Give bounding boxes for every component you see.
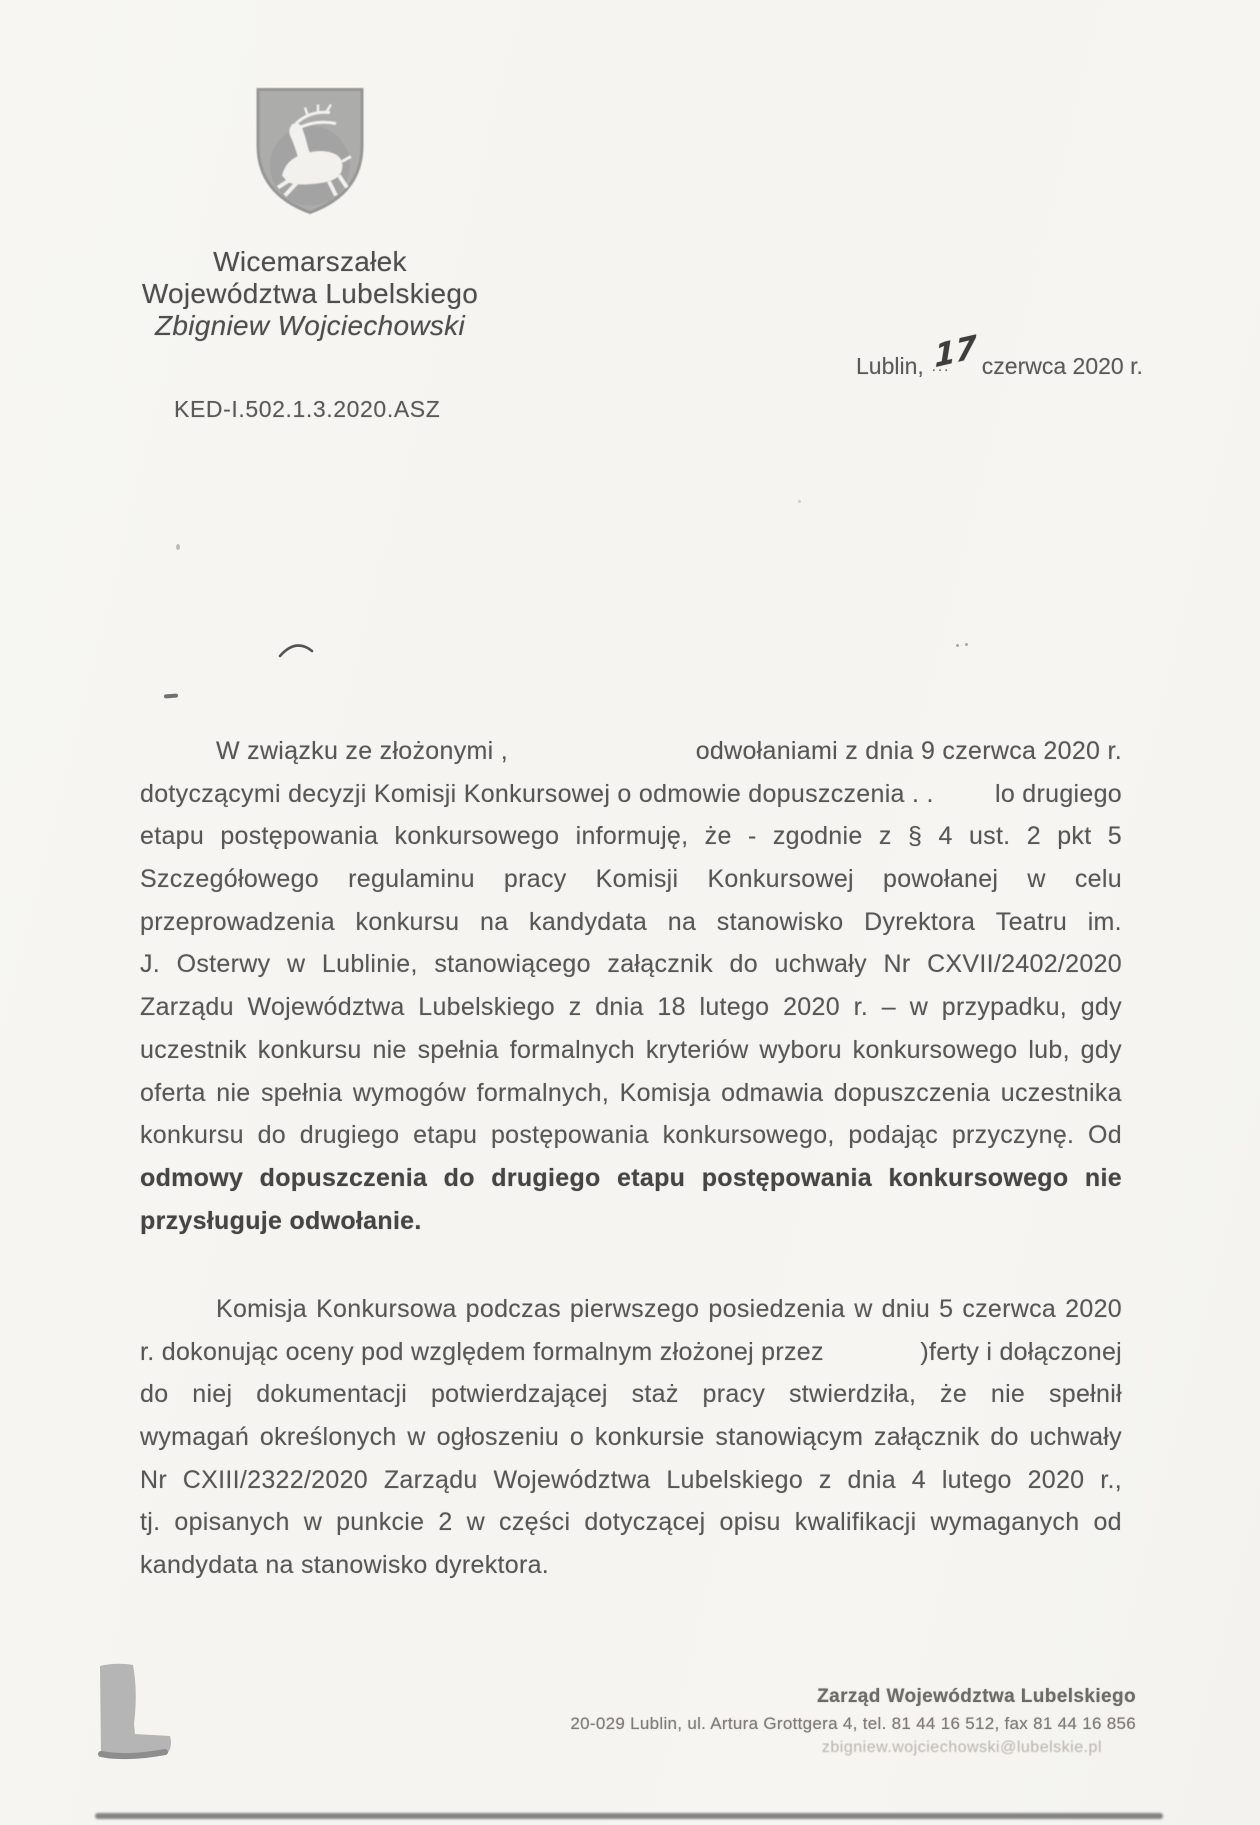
line-segment: )ferty i dołączonej [920,1338,1122,1381]
corner-scan-artifact [96,1662,178,1764]
line-segment: dotyczącymi decyzji Komisji Konkursowej … [140,780,934,823]
line-segment: r. dokonując oceny pod względem formalny… [140,1338,824,1381]
letter-text-line: KomisjaKonkursowapodczaspierwszegoposied… [140,1295,1122,1338]
letter-text-line: NrCXIII/2322/2020ZarząduWojewództwaLubel… [140,1466,1122,1509]
reference-number: KED-I.502.1.3.2020.ASZ [174,396,440,423]
date-place: Lublin, [856,353,924,379]
bottom-edge-scan-artifact [95,1813,1163,1819]
dash-scan-artifact [164,694,178,699]
letter-text-line: uczestnikkonkursuniespełniaformalnychkry… [140,1036,1122,1079]
office-title: Wicemarszałek [60,246,560,278]
letter-text-line: J.OsterwywLublinie,stanowiącegozałącznik… [140,950,1122,993]
letter-text-line: przeprowadzeniakonkursunakandydatanastan… [140,908,1122,951]
line-segment: W związku ze złożonymi , [216,737,508,780]
footer-block: Zarząd Województwa Lubelskiego 20-029 Lu… [570,1686,1136,1757]
stag-shield-coat-of-arms-icon [252,82,368,220]
double-dot-scan-artifact [956,644,959,647]
paragraph-1: W związku ze złożonymi , odwołaniami z d… [140,737,1122,1249]
footer-sender: Zarząd Województwa Lubelskiego [570,1686,1136,1708]
date-line: Lublin,17...czerwca 2020 r. [856,350,1143,380]
letter-text-line-bold: odmowydopuszczeniadodrugiegoetapupostępo… [140,1164,1122,1207]
pen-arc-scan-artifact [278,636,314,660]
letter-text-line: tj.opisanychwpunkcie2wczęścidotyczącejop… [140,1508,1122,1551]
office-region: Województwa Lubelskiego [60,278,560,310]
footer-address: 20-029 Lublin, ul. Artura Grottgera 4, t… [570,1714,1136,1734]
letter-text-line: kandydata na stanowisko dyrektora. [140,1551,1122,1594]
letter-text-line: dotyczącymi decyzji Komisji Konkursowej … [140,780,1122,823]
speck-scan-artifact [176,544,180,550]
date-rest: czerwca 2020 r. [982,353,1143,379]
letter-text-line: etapupostępowaniakonkursowegoinformuję,ż… [140,822,1122,865]
line-segment: lo drugiego [995,780,1122,823]
letter-text-line: ZarząduWojewództwaLubelskiegozdnia18lute… [140,993,1122,1036]
letter-text-line: ofertaniespełniawymogówformalnych,Komisj… [140,1079,1122,1122]
letter-text-line: r. dokonując oceny pod względem formalny… [140,1338,1122,1381]
letter-text-line: SzczegółowegoregulaminupracyKomisjiKonku… [140,865,1122,908]
footer-email: zbigniew.wojciechowski@lubelskie.pl [570,1739,1136,1757]
line-segment: odwołaniami z dnia 9 czerwca 2020 r. [696,737,1122,780]
paragraph-2: KomisjaKonkursowapodczaspierwszegoposied… [140,1295,1122,1594]
letter-text-line: konkursudodrugiegoetapupostępowaniakonku… [140,1121,1122,1164]
scanned-letter-page: Wicemarszałek Województwa Lubelskiego Zb… [0,0,1260,1825]
dotted-blank: ... [932,358,951,375]
letter-text-line-bold: przysługuje odwołanie. [140,1207,1122,1250]
letter-text-line: W związku ze złożonymi , odwołaniami z d… [140,737,1122,780]
letter-text-line: wymagańokreślonychwogłoszeniuokonkursies… [140,1423,1122,1466]
handwritten-day: 17... [924,350,982,380]
letter-text-line: doniejdokumentacjipotwierdzającejstażpra… [140,1380,1122,1423]
official-name: Zbigniew Wojciechowski [60,310,560,342]
letterhead: Wicemarszałek Województwa Lubelskiego Zb… [60,246,560,342]
speck-scan-artifact [798,500,801,503]
